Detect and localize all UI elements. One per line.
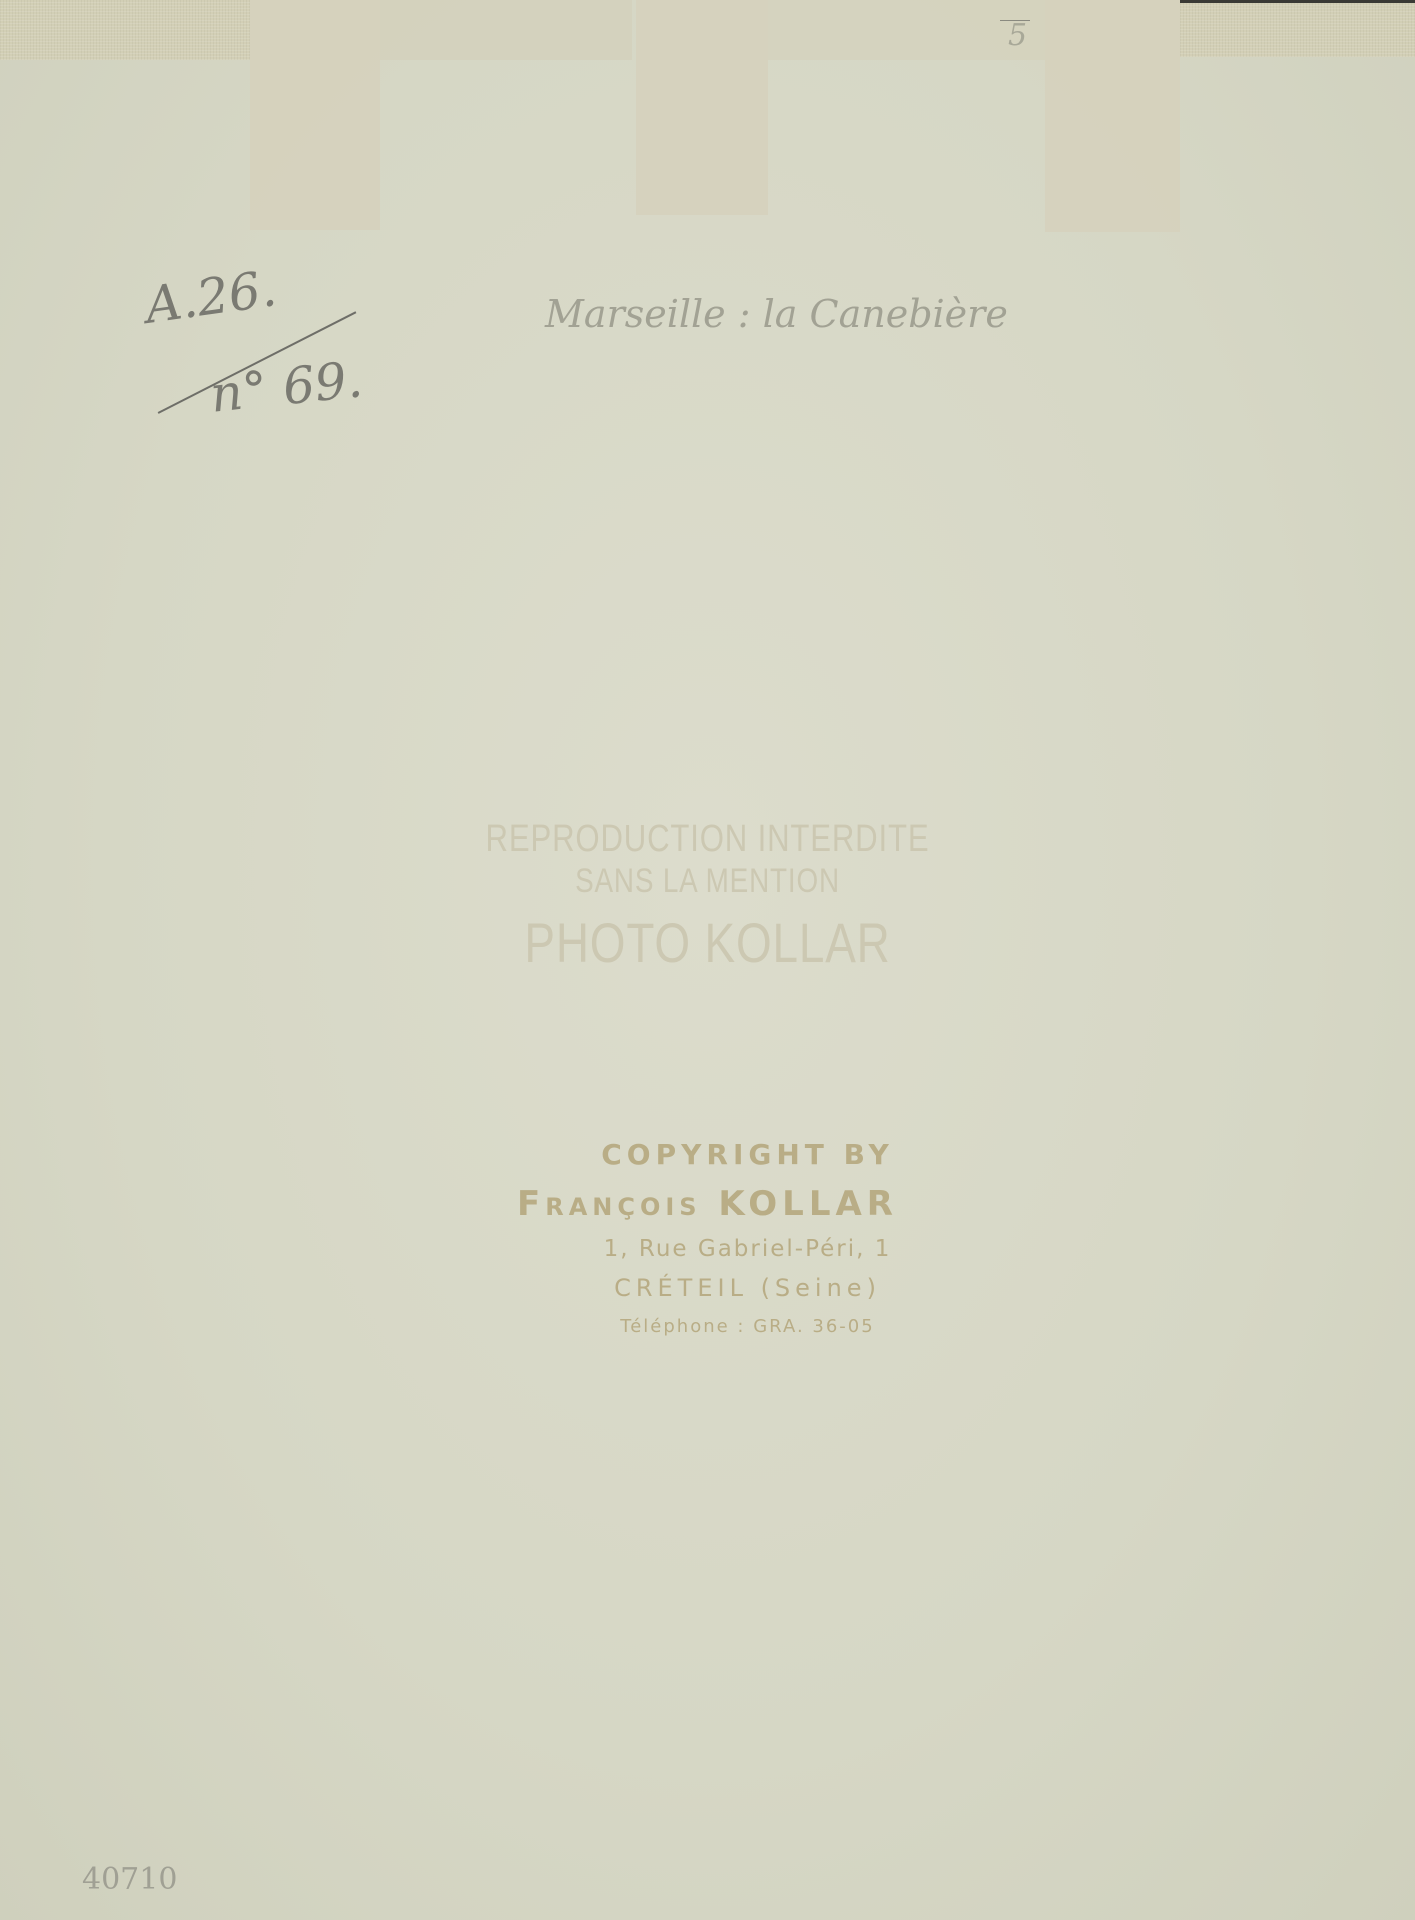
caption-handwritten: Marseille : la Canebière [545, 292, 1008, 336]
ghost-stamp-line-3: PHOTO KOLLAR [127, 910, 1287, 975]
tape-strip-1 [250, 0, 380, 230]
tape-strip-2 [380, 0, 632, 60]
tape-strip-5 [1045, 0, 1180, 232]
tape-strip-left [0, 0, 250, 60]
corner-mark: 5 [1008, 18, 1027, 53]
photo-edge [1180, 0, 1415, 3]
inventory-number: 40710 [82, 1862, 177, 1897]
ghost-stamp-line-2: SANS LA MENTION [127, 862, 1287, 901]
copyright-address: 1, Rue Gabriel-Péri, 1 [0, 1236, 1415, 1262]
copyright-telephone: Téléphone : GRA. 36-05 [0, 1316, 1415, 1337]
tape-strip-3 [636, 0, 768, 215]
copyright-line-1: COPYRIGHT BY [0, 1138, 1415, 1171]
tape-strip-right [1180, 0, 1415, 57]
ghost-stamp-line-1: REPRODUCTION INTERDITE [127, 818, 1287, 861]
copyright-city: CRÉTEIL (Seine) [0, 1274, 1415, 1302]
copyright-name: François KOLLAR [0, 1184, 1415, 1224]
